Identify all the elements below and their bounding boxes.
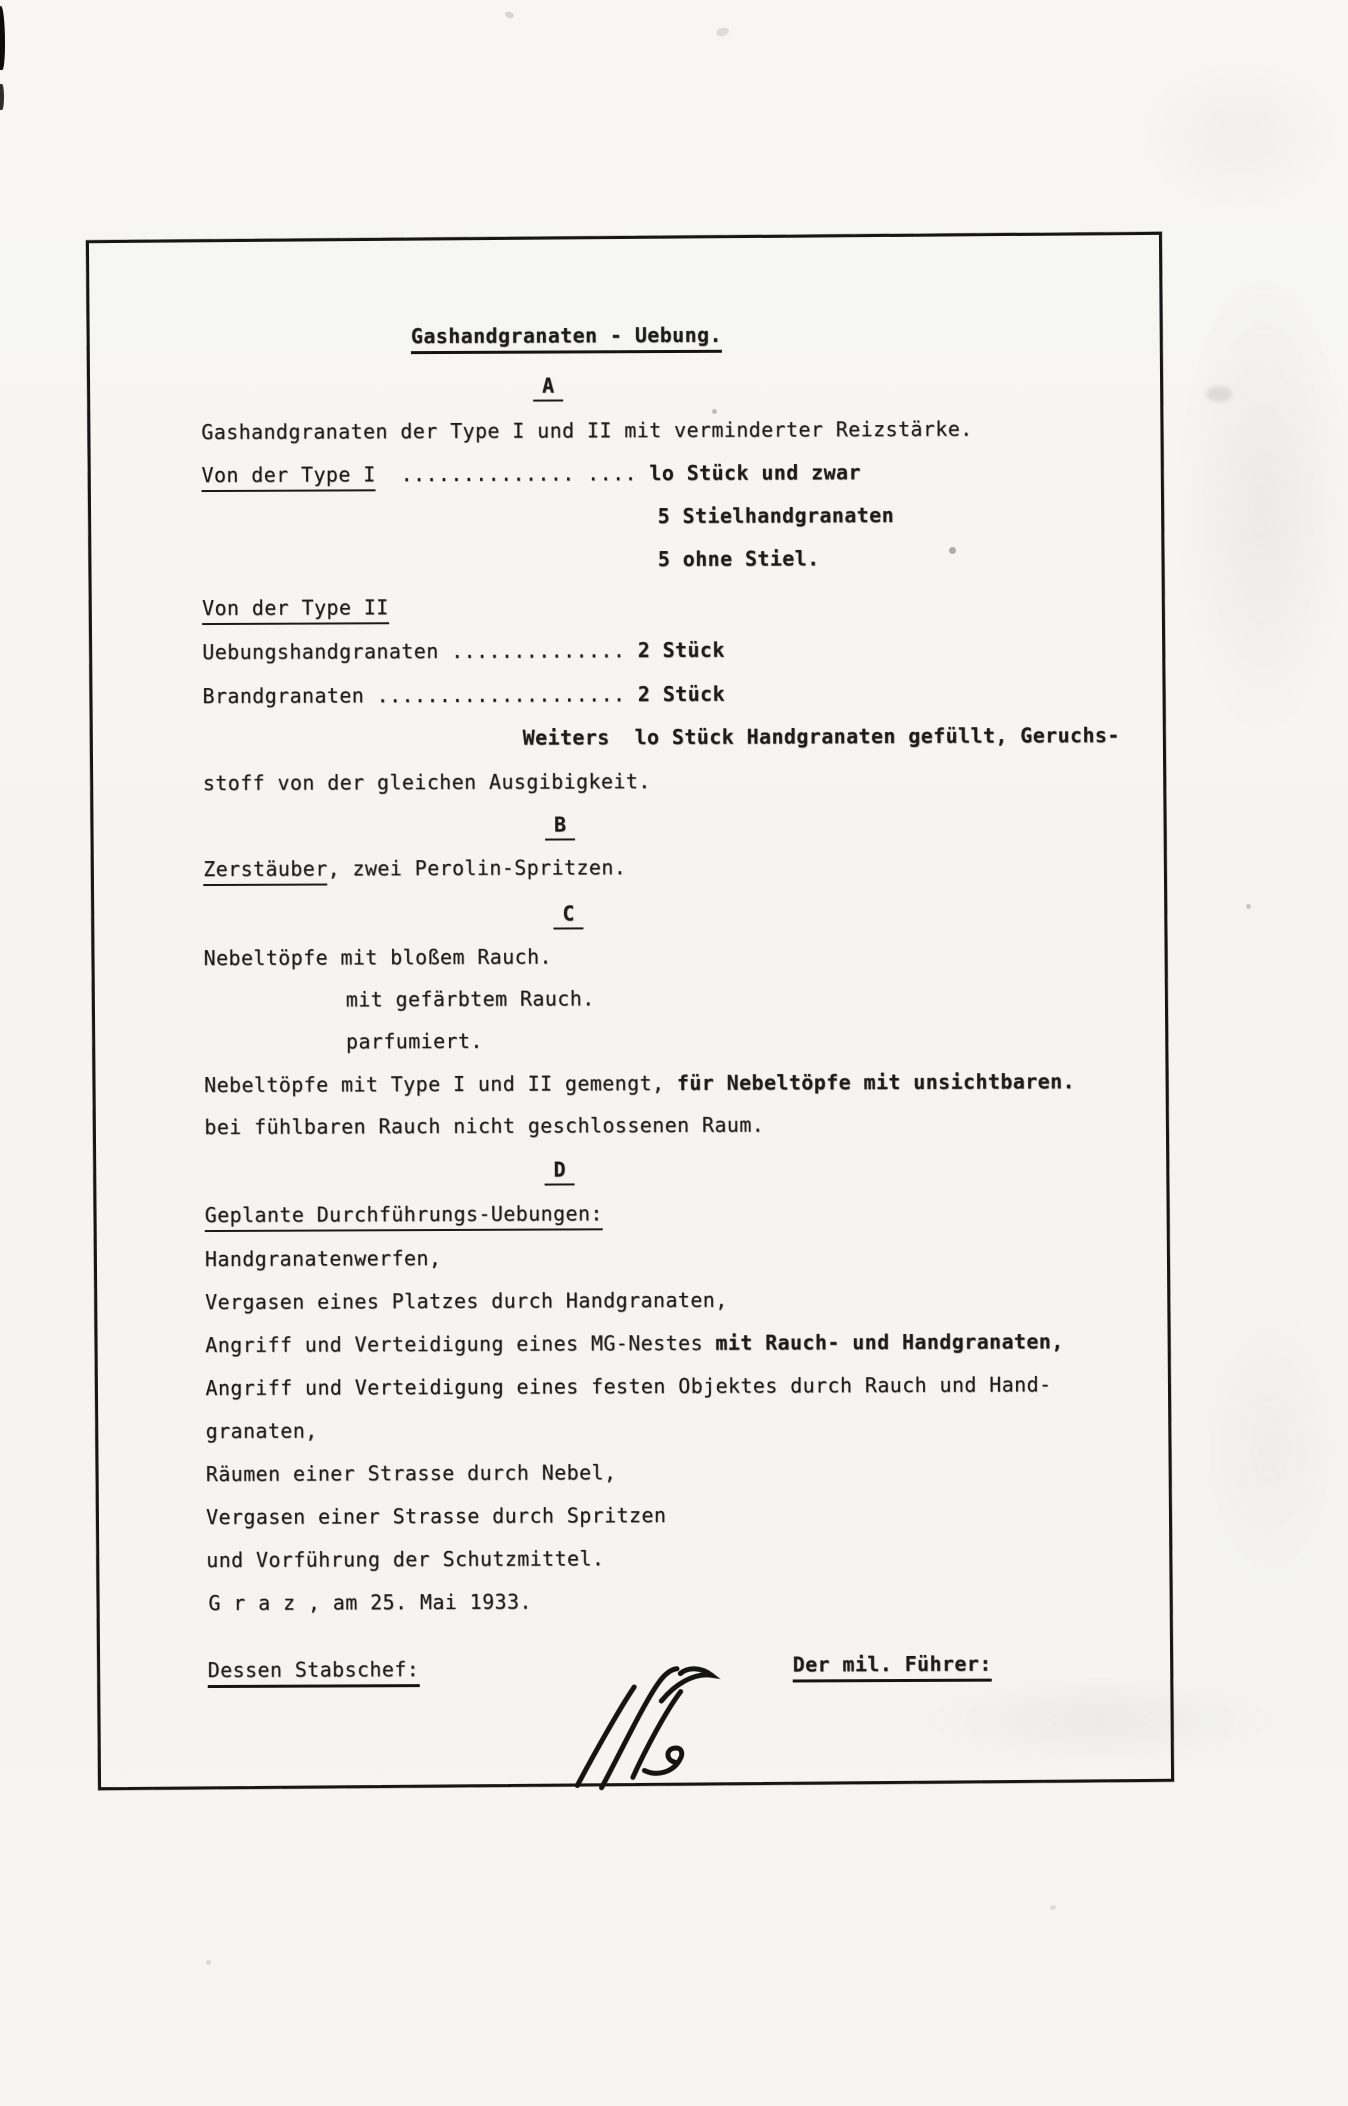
line-intro: Gashandgranaten der Type I und II mit ve… [201, 416, 972, 445]
line-type1-dots: .............. .... [376, 461, 650, 486]
line-brand: Brandgranaten .................... 2 Stü… [202, 681, 725, 709]
line-plan-8: und Vorführung der Schutzmittel. [206, 1545, 604, 1573]
line-nebel-4: Nebeltöpfe mit Type I und II gemengt, fü… [204, 1068, 1075, 1098]
line-nebel-4a: Nebeltöpfe mit Type I und II gemengt, [204, 1071, 677, 1097]
document-title-text: Gashandgranaten - Uebung. [411, 323, 722, 354]
line-type1-item2: 5 ohne Stiel. [658, 545, 820, 572]
section-heading-d: D [544, 1156, 575, 1182]
line-nebel-1: Nebeltöpfe mit bloßem Rauch. [204, 944, 552, 972]
line-nebel-5: bei fühlbaren Rauch nicht geschlossenen … [204, 1112, 764, 1140]
line-zerstaeuber: Zerstäuber, zwei Perolin-Spritzen. [203, 854, 626, 882]
line-nebel-3: parfumiert. [346, 1028, 483, 1055]
line-plan-5: granaten, [206, 1418, 318, 1444]
line-nebel-2: mit gefärbtem Rauch. [346, 985, 595, 1012]
line-brand-value: 2 Stück [638, 682, 725, 706]
line-plan-7: Vergasen einer Strasse durch Spritzen [206, 1502, 666, 1530]
line-type1-label: Von der Type I [201, 462, 375, 492]
line-plan-6: Räumen einer Strasse durch Nebel, [206, 1459, 617, 1487]
scanned-page: Gashandgranaten - Uebung. A Gashandgrana… [0, 0, 1348, 2106]
line-zerstaeuber-label: Zerstäuber [203, 857, 328, 887]
document-title: Gashandgranaten - Uebung. [411, 322, 722, 349]
line-uebungs-label: Uebungshandgranaten [202, 639, 438, 664]
section-heading-c: C [553, 900, 584, 926]
line-uebungs: Uebungshandgranaten .............. 2 Stü… [202, 637, 725, 665]
line-brand-label: Brandgranaten [202, 683, 364, 708]
signature-label-left: Dessen Stabschef: [208, 1656, 420, 1683]
line-plan-2: Vergasen eines Platzes durch Handgranate… [205, 1287, 728, 1315]
line-brand-dots: .................... [364, 682, 638, 707]
typed-document: Gashandgranaten - Uebung. A Gashandgrana… [0, 0, 1348, 2106]
line-zerstaeuber-rest: , zwei Perolin-Spritzen. [328, 855, 627, 880]
line-plan-3a: Angriff und Verteidigung eines MG-Nestes [205, 1331, 715, 1357]
line-uebungs-value: 2 Stück [638, 638, 725, 662]
line-type2-label: Von der Type II [202, 594, 389, 621]
section-heading-a: A [533, 372, 564, 398]
line-plan-heading: Geplante Durchführungs-Uebungen: [205, 1200, 603, 1228]
signature-label-right: Der mil. Führer: [793, 1651, 992, 1678]
line-uebungs-dots: .............. [439, 638, 638, 663]
line-type1-item1: 5 Stielhandgranaten [658, 502, 895, 529]
line-weiters-2: stoff von der gleichen Ausgibigkeit. [203, 768, 651, 796]
line-plan-1: Handgranatenwerfen, [205, 1245, 442, 1272]
line-plan-4: Angriff und Verteidigung eines festen Ob… [205, 1371, 1051, 1401]
line-weiters-1: Weiters lo Stück Handgranaten gefüllt, G… [523, 722, 1120, 751]
section-heading-b: B [545, 811, 576, 837]
line-dateline: G r a z , am 25. Mai 1933. [208, 1589, 532, 1616]
signature-scribble [540, 1651, 754, 1796]
line-plan-3: Angriff und Verteidigung eines MG-Nestes… [205, 1328, 1064, 1358]
line-plan-3b: mit Rauch- und Handgranaten, [715, 1329, 1063, 1355]
line-type1: Von der Type I .............. .... lo St… [201, 459, 860, 488]
line-nebel-4b: für Nebeltöpfe mit unsichtbaren. [677, 1069, 1075, 1095]
line-type1-value: lo Stück und zwar [649, 460, 861, 485]
